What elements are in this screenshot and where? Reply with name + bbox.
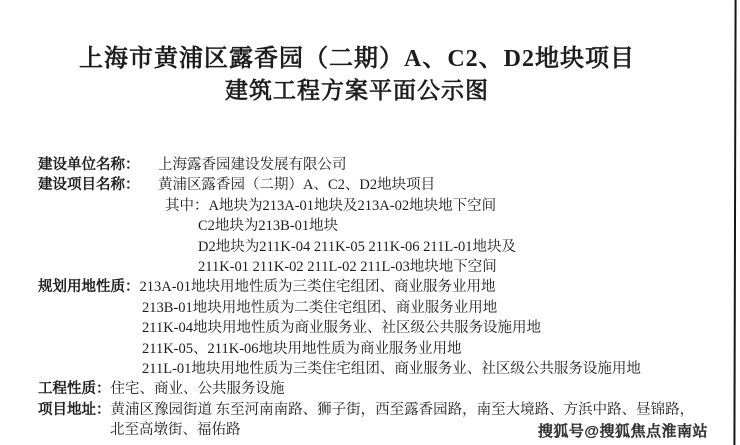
project-name-row: 建设项目名称：黄浦区露香园（二期）A、C2、D2地块项目 — [0, 175, 740, 195]
plot-detail-row: 211K-01 211K-02 211L-02 211L-03地块地下空间 — [0, 257, 740, 277]
plot-detail-text: 其中：A地块为213A-01地块及213A-02地块地下空间 — [165, 198, 496, 214]
project-name-label: 建设项目名称： — [38, 175, 158, 195]
land-use-row: 规划用地性质：213A-01地块用地性质为三类住宅组团、商业服务业用地 — [0, 277, 740, 297]
plot-detail-text: D2地块为211K-04 211K-05 211K-06 211L-01地块及 — [198, 239, 516, 255]
land-use-value: 213A-01地块用地性质为三类住宅组团、商业服务业用地 — [140, 279, 496, 295]
plot-detail-text: 211K-01 211K-02 211L-02 211L-03地块地下空间 — [198, 259, 497, 275]
project-address-value: 黄浦区豫园街道 东至河南南路、狮子街，西至露香园路，南至大境路、方浜中路、昼锦路… — [111, 402, 695, 418]
construction-unit-value: 上海露香园建设发展有限公司 — [158, 157, 347, 173]
sohu-watermark: 搜狐号@搜狐焦点淮南站 — [538, 420, 708, 441]
construction-unit-label: 建设单位名称： — [38, 155, 158, 175]
project-nature-value: 住宅、商业、公共服务设施 — [111, 381, 285, 397]
document-title: 上海市黄浦区露香园（二期）A、C2、D2地块项目 建筑工程方案平面公示图 — [0, 44, 714, 106]
project-nature-row: 工程性质：住宅、商业、公共服务设施 — [0, 379, 740, 399]
plot-detail-row: 其中：A地块为213A-01地块及213A-02地块地下空间 — [0, 196, 740, 216]
project-address-value: 北至高墩街、福佑路 — [110, 422, 241, 438]
project-nature-label: 工程性质： — [38, 381, 111, 397]
plot-detail-text: C2地块为213B-01地块 — [198, 218, 338, 234]
title-line-2: 建筑工程方案平面公示图 — [0, 75, 714, 106]
project-name-value: 黄浦区露香园（二期）A、C2、D2地块项目 — [158, 177, 435, 193]
title-line-1: 上海市黄浦区露香园（二期）A、C2、D2地块项目 — [0, 44, 714, 75]
land-use-value: 211L-01地块用地性质为三类住宅组团、商业服务业、社区级公共服务设施用地 — [142, 361, 641, 377]
land-use-row: 211K-04地块用地性质为商业服务业、社区级公共服务设施用地 — [0, 318, 740, 338]
plot-detail-row: C2地块为213B-01地块 — [0, 216, 740, 236]
plot-detail-row: D2地块为211K-04 211K-05 211K-06 211L-01地块及 — [0, 237, 740, 257]
land-use-label: 规划用地性质： — [38, 279, 140, 295]
land-use-row: 213B-01地块用地性质为二类住宅组团、商业服务业用地 — [0, 298, 740, 318]
project-info-section: 建设单位名称：上海露香园建设发展有限公司 建设项目名称：黄浦区露香园（二期）A、… — [0, 155, 740, 440]
land-use-value: 211K-05、211K-06地块用地性质为商业服务业用地 — [142, 341, 462, 357]
notice-document-page: 上海市黄浦区露香园（二期）A、C2、D2地块项目 建筑工程方案平面公示图 建设单… — [0, 0, 740, 445]
land-use-value: 211K-04地块用地性质为商业服务业、社区级公共服务设施用地 — [142, 320, 541, 336]
construction-unit-row: 建设单位名称：上海露香园建设发展有限公司 — [0, 155, 740, 175]
project-address-label: 项目地址： — [38, 402, 111, 418]
land-use-row: 211K-05、211K-06地块用地性质为商业服务业用地 — [0, 339, 740, 359]
land-use-row: 211L-01地块用地性质为三类住宅组团、商业服务业、社区级公共服务设施用地 — [0, 359, 740, 379]
land-use-value: 213B-01地块用地性质为二类住宅组团、商业服务业用地 — [142, 300, 497, 316]
project-address-row: 项目地址：黄浦区豫园街道 东至河南南路、狮子街，西至露香园路，南至大境路、方浜中… — [0, 400, 740, 420]
